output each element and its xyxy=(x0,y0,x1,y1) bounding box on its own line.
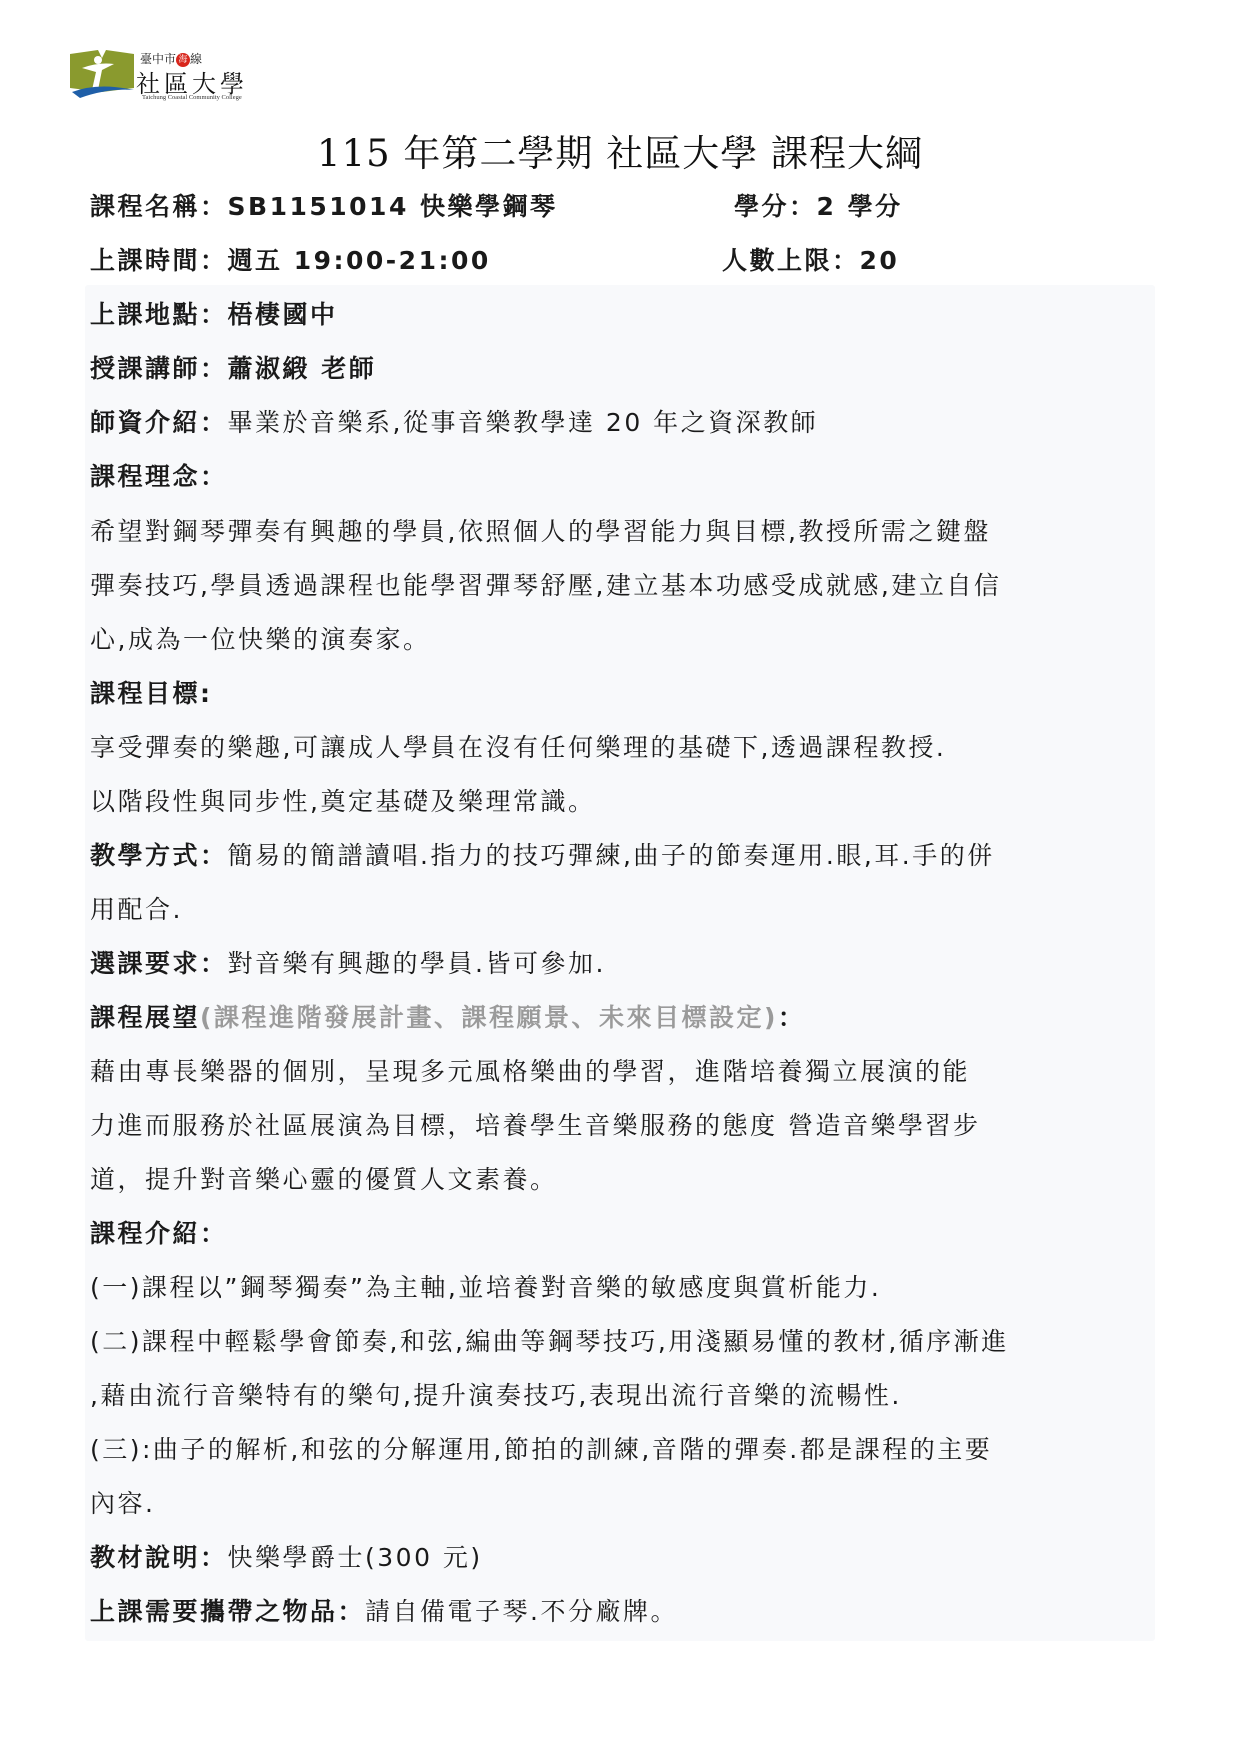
goals-heading: 課程目標: xyxy=(90,677,213,711)
teaching-method-field: 教學方式：簡易的簡譜讀唱.指力的技巧彈練,曲子的節奏運用.眼,耳.手的併 xyxy=(90,839,995,873)
enrollment-requirement-field: 選課要求：對音樂有興趣的學員.皆可參加. xyxy=(90,947,606,981)
intro-heading: 課程介紹： xyxy=(90,1217,228,1251)
philosophy-line: 希望對鋼琴彈奏有興趣的學員,依照個人的學習能力與目標,教授所需之鍵盤 xyxy=(90,515,991,549)
logo-english-text: Taichung Coastal Community College xyxy=(142,94,242,101)
items-to-bring-field: 上課需要攜帶之物品：請自備電子琴.不分廠牌。 xyxy=(90,1595,678,1629)
page-title: 115 年第二學期 社區大學 課程大綱 xyxy=(0,123,1240,177)
college-logo: 臺中市海線 社區大學 Taichung Coastal Community Co… xyxy=(68,44,278,106)
intro-line: ,藉由流行音樂特有的樂句,提升演奏技巧,表現出流行音樂的流暢性. xyxy=(90,1379,902,1413)
materials-field: 教材說明：快樂學爵士(300 元) xyxy=(90,1541,483,1575)
outlook-line: 道，提升對音樂心靈的優質人文素養。 xyxy=(90,1163,558,1197)
intro-line: 內容. xyxy=(90,1487,155,1521)
philosophy-line: 彈奏技巧,學員透過課程也能學習彈琴舒壓,建立基本功感受成就感,建立自信 xyxy=(90,569,1001,603)
philosophy-heading: 課程理念： xyxy=(90,460,228,494)
outlook-line: 力進而服務於社區展演為目標，培養學生音樂服務的態度 營造音樂學習步 xyxy=(90,1109,980,1143)
capacity-field: 人數上限：20 xyxy=(722,244,899,278)
philosophy-line: 心,成為一位快樂的演奏家。 xyxy=(90,623,430,657)
location-field: 上課地點：梧棲國中 xyxy=(90,298,338,332)
credits-field: 學分：2 學分 xyxy=(734,190,903,224)
goals-line: 享受彈奏的樂趣,可讓成人學員在沒有任何樂理的基礎下,透過課程教授. xyxy=(90,731,946,765)
intro-line: (三):曲子的解析,和弦的分解運用,節拍的訓練,音階的彈奏.都是課程的主要 xyxy=(90,1433,992,1467)
outlook-heading: 課程展望(課程進階發展計畫、課程願景、未來目標設定)： xyxy=(90,1001,805,1035)
teaching-method-line: 用配合. xyxy=(90,893,183,927)
intro-line: (一)課程以”鋼琴獨奏”為主軸,並培養對音樂的敏感度與賞析能力. xyxy=(90,1271,881,1305)
instructor-bio-field: 師資介紹：畢業於音樂系,從事音樂教學達 20 年之資深教師 xyxy=(90,406,818,440)
instructor-field: 授課講師：蕭淑緞 老師 xyxy=(90,352,376,386)
goals-line: 以階段性與同步性,奠定基礎及樂理常識。 xyxy=(90,785,595,819)
class-time-field: 上課時間：週五 19:00-21:00 xyxy=(90,244,491,278)
course-name-field: 課程名稱：SB1151014 快樂學鋼琴 xyxy=(90,190,558,224)
outlook-line: 藉由專長樂器的個別，呈現多元風格樂曲的學習，進階培養獨立展演的能 xyxy=(90,1055,970,1089)
book-person-logo-icon xyxy=(68,48,136,100)
intro-line: (二)課程中輕鬆學會節奏,和弦,編曲等鋼琴技巧,用淺顯易懂的教材,循序漸進 xyxy=(90,1325,1009,1359)
